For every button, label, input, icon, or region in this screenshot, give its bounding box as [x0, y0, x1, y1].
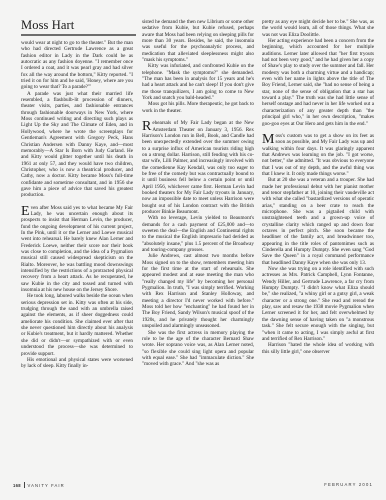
- paragraph: With no leverage, Levin yielded to Beaum…: [142, 215, 254, 253]
- footer-divider: [24, 482, 25, 488]
- column-1: would wear at night to go to the theater…: [21, 40, 133, 370]
- magazine-name: VANITY FAIR: [27, 483, 64, 488]
- drop-cap: M: [262, 134, 274, 145]
- paragraph: Her acting experience had been a concern…: [262, 38, 374, 127]
- column-3: pretty as any eye might decide her to be…: [262, 19, 374, 355]
- paragraph: sisted he demand the then new Librium or…: [142, 19, 254, 63]
- title-rule: [21, 34, 136, 36]
- paragraph: A parade was just what their married lif…: [21, 91, 133, 199]
- paragraph: would wear at night to go to the theater…: [21, 40, 133, 91]
- magazine-page: Moss Hart would wear at night to go to t…: [0, 0, 386, 500]
- paragraph: But at 20 she was a veteran and a troupe…: [262, 177, 374, 266]
- page-footer-left: 168 VANITY FAIR: [13, 482, 65, 488]
- paragraph: His emotional and physical states were w…: [21, 357, 133, 370]
- drop-cap: E: [21, 206, 30, 217]
- article-title: Moss Hart: [21, 18, 74, 32]
- column-2: sisted he demand the then new Librium or…: [142, 19, 254, 368]
- paragraph: Julie Andrews, cast almost two months be…: [142, 253, 254, 329]
- paragraph: Now she was trying on a role identified …: [262, 266, 374, 342]
- section-paragraph: Moss's custom was to get a show on its f…: [262, 133, 374, 177]
- drop-cap: R: [142, 121, 151, 132]
- paragraph: Moss got his pills. More therapeutic, he…: [142, 101, 254, 114]
- paragraph: Harrison "hated the whole idea of workin…: [262, 342, 374, 355]
- issue-date: FEBRUARY 2001: [324, 482, 373, 487]
- paragraph: pretty as any eye might decide her to be…: [262, 19, 374, 38]
- paragraph: Kitty was infuriated, and confronted Kub…: [142, 63, 254, 101]
- section-paragraph: Even after Moss said yes to what became …: [21, 205, 133, 294]
- page-number: 168: [13, 483, 21, 488]
- paragraph: She was the first actress in memory play…: [142, 330, 254, 368]
- section-paragraph: Rehearsals of My Fair Lady began at the …: [142, 120, 254, 215]
- paragraph: He took long, labored walks beside the o…: [21, 293, 133, 356]
